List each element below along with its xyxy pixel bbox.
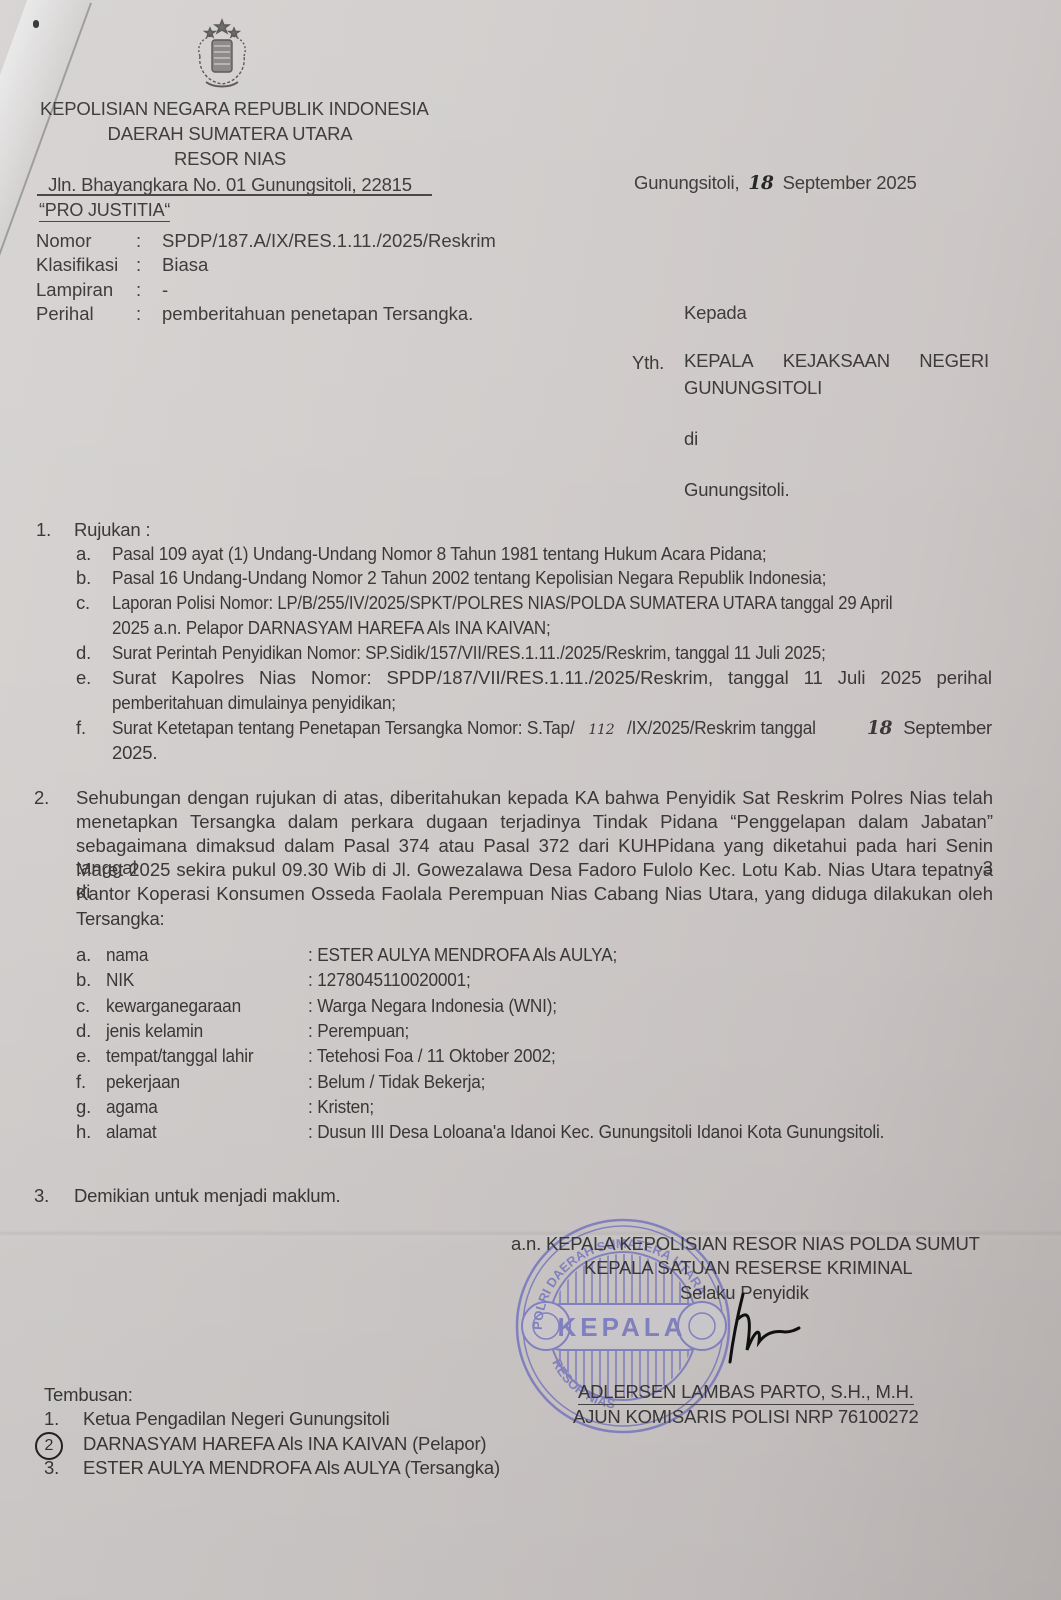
recipient-word: NEGERI xyxy=(919,350,989,372)
ref-letter: b. xyxy=(76,567,91,589)
suspect-field-label: agama xyxy=(106,1096,158,1118)
suspect-field-letter: b. xyxy=(76,969,91,991)
section3-text: Demikian untuk menjadi maklum. xyxy=(74,1185,340,1207)
letterhead-divider xyxy=(37,194,432,196)
suspect-field-letter: e. xyxy=(76,1045,91,1067)
section1-number: 1. xyxy=(36,519,51,541)
suspect-field-label: NIK xyxy=(106,969,134,991)
place: Gunungsitoli, xyxy=(634,172,739,193)
meta-value: SPDP/187.A/IX/RES.1.11./2025/Reskrim xyxy=(162,230,496,252)
section2-line: menetapkan Tersangka dalam perkara dugaa… xyxy=(76,811,993,833)
paper-fold-shadow xyxy=(0,0,92,398)
suspect-field-value: : Dusun III Desa Loloana'a Idanoi Kec. G… xyxy=(308,1121,884,1143)
ref-f-text: September xyxy=(903,717,992,738)
ref-letter: a. xyxy=(76,543,91,565)
suspect-field-label: kewarganegaraan xyxy=(106,995,241,1017)
ref-f-text: Surat Ketetapan tentang Penetapan Tersan… xyxy=(112,717,575,739)
ref-item-c-line1: Laporan Polisi Nomor: LP/B/255/IV/2025/S… xyxy=(112,592,892,614)
resor-name: RESOR NIAS xyxy=(40,148,420,170)
suspect-field-letter: h. xyxy=(76,1121,91,1143)
suspect-field-value: : ESTER AULYA MENDROFA Als AULYA; xyxy=(308,944,617,966)
stamp-text-center: KEPALA xyxy=(558,1312,687,1342)
section3-number: 3. xyxy=(34,1185,49,1207)
handwritten-signature xyxy=(725,1290,805,1370)
suspect-field-value: : Warga Negara Indonesia (WNI); xyxy=(308,995,557,1017)
suspect-field-letter: a. xyxy=(76,944,91,966)
section2-line: Kantor Koperasi Konsumen Osseda Faolala … xyxy=(76,883,993,905)
di-label: di xyxy=(684,428,698,450)
ref-item-f-line2: 2025. xyxy=(112,742,157,764)
meta-label: Nomor xyxy=(36,230,92,252)
institution-name: KEPOLISIAN NEGARA REPUBLIK INDONESIA xyxy=(40,98,420,120)
ref-item-f-line1: Surat Ketetapan tentang Penetapan Tersan… xyxy=(112,717,992,739)
signature-line2: KEPALA SATUAN RESERSE KRIMINAL xyxy=(584,1257,912,1279)
section2-line-last: Tersangka: xyxy=(76,908,165,930)
suspect-field-label: nama xyxy=(106,944,148,966)
ref-item-e-line2: pemberitahuan dimulainya penyidikan; xyxy=(112,692,396,714)
ref-item-a: Pasal 109 ayat (1) Undang-Undang Nomor 8… xyxy=(112,543,767,565)
handwritten-number: 112 xyxy=(588,722,614,738)
month-year: September 2025 xyxy=(783,172,917,193)
meta-label: Perihal xyxy=(36,303,94,325)
section1-title: Rujukan : xyxy=(74,519,150,541)
yth-label: Yth. xyxy=(632,352,664,374)
meta-label: Klasifikasi xyxy=(36,254,118,276)
suspect-field-value: : Belum / Tidak Bekerja; xyxy=(308,1071,485,1093)
ref-item-b: Pasal 16 Undang-Undang Nomor 2 Tahun 200… xyxy=(112,567,826,589)
recipient-name-line1: KEPALA KEJAKSAAN NEGERI xyxy=(684,350,989,372)
ref-item-e-line1: Surat Kapolres Nias Nomor: SPDP/187/VII/… xyxy=(112,667,992,689)
kepada-label: Kepada xyxy=(684,302,747,324)
tembusan-number: 1. xyxy=(44,1408,59,1430)
staple-mark xyxy=(33,20,39,28)
signature-line1: a.n. KEPALA KEPOLISIAN RESOR NIAS POLDA … xyxy=(511,1233,980,1255)
suspect-field-letter: f. xyxy=(76,1071,86,1093)
signatory-name: ADLERSEN LAMBAS PARTO, S.H., M.H. xyxy=(578,1381,914,1405)
recipient-name-line2: GUNUNGSITOLI xyxy=(684,377,822,399)
meta-value: pemberitahuan penetapan Tersangka. xyxy=(162,303,473,325)
tembusan-item: Ketua Pengadilan Negeri Gunungsitoli xyxy=(83,1408,390,1430)
meta-colon: : xyxy=(136,279,141,301)
ref-item-d: Surat Perintah Penyidikan Nomor: SP.Sidi… xyxy=(112,642,826,664)
meta-label: Lampiran xyxy=(36,279,113,301)
tembusan-title: Tembusan: xyxy=(44,1384,133,1406)
section2-number: 2. xyxy=(34,787,49,809)
ref-f-part: Surat Ketetapan tentang Penetapan Tersan… xyxy=(112,717,830,739)
tembusan-item: DARNASYAM HAREFA Als INA KAIVAN (Pelapor… xyxy=(83,1433,486,1455)
pro-justitia-label: “PRO JUSTITIA“ xyxy=(39,200,170,222)
suspect-field-value: : Tetehosi Foa / 11 Oktober 2002; xyxy=(308,1045,556,1067)
ref-item-c-line2: 2025 a.n. Pelapor DARNASYAM HAREFA Als I… xyxy=(112,617,551,639)
tembusan-number: 3. xyxy=(44,1457,59,1479)
meta-colon: : xyxy=(136,254,141,276)
ref-letter: d. xyxy=(76,642,91,664)
suspect-field-value: : 1278045110020001; xyxy=(308,969,471,991)
handwritten-day: 18 xyxy=(748,173,773,194)
meta-colon: : xyxy=(136,303,141,325)
suspect-field-letter: c. xyxy=(76,995,90,1017)
suspect-field-label: jenis kelamin xyxy=(106,1020,203,1042)
circled-number: 2 xyxy=(35,1432,63,1460)
suspect-field-label: alamat xyxy=(106,1121,157,1143)
recipient-word: KEPALA xyxy=(684,350,753,372)
place-date: Gunungsitoli, 18 September 2025 xyxy=(634,172,917,194)
ref-letter: f. xyxy=(76,717,86,739)
suspect-field-label: tempat/tanggal lahir xyxy=(106,1045,253,1067)
section2-line: Sehubungan dengan rujukan di atas, diber… xyxy=(76,787,993,809)
recipient-city: Gunungsitoli. xyxy=(684,479,789,501)
handwritten-day: 18 xyxy=(867,718,892,739)
meta-value: - xyxy=(162,279,168,301)
suspect-field-letter: d. xyxy=(76,1020,91,1042)
institution-address: Jln. Bhayangkara No. 01 Gunungsitoli, 22… xyxy=(40,174,420,196)
suspect-field-value: : Kristen; xyxy=(308,1096,374,1118)
recipient-word: KEJAKSAAN xyxy=(783,350,890,372)
ref-letter: e. xyxy=(76,667,91,689)
region-name: DAERAH SUMATERA UTARA xyxy=(40,123,420,145)
suspect-field-letter: g. xyxy=(76,1096,91,1118)
suspect-field-label: pekerjaan xyxy=(106,1071,180,1093)
ref-f-text: /IX/2025/Reskrim tanggal xyxy=(627,717,816,739)
tembusan-item: ESTER AULYA MENDROFA Als AULYA (Tersangk… xyxy=(83,1457,500,1479)
meta-colon: : xyxy=(136,230,141,252)
polri-emblem-icon xyxy=(190,18,254,92)
meta-value: Biasa xyxy=(162,254,208,276)
ref-f-part: 18 September xyxy=(867,717,992,739)
suspect-field-value: : Perempuan; xyxy=(308,1020,409,1042)
ref-letter: c. xyxy=(76,592,90,614)
signatory-rank: AJUN KOMISARIS POLISI NRP 76100272 xyxy=(573,1406,919,1428)
